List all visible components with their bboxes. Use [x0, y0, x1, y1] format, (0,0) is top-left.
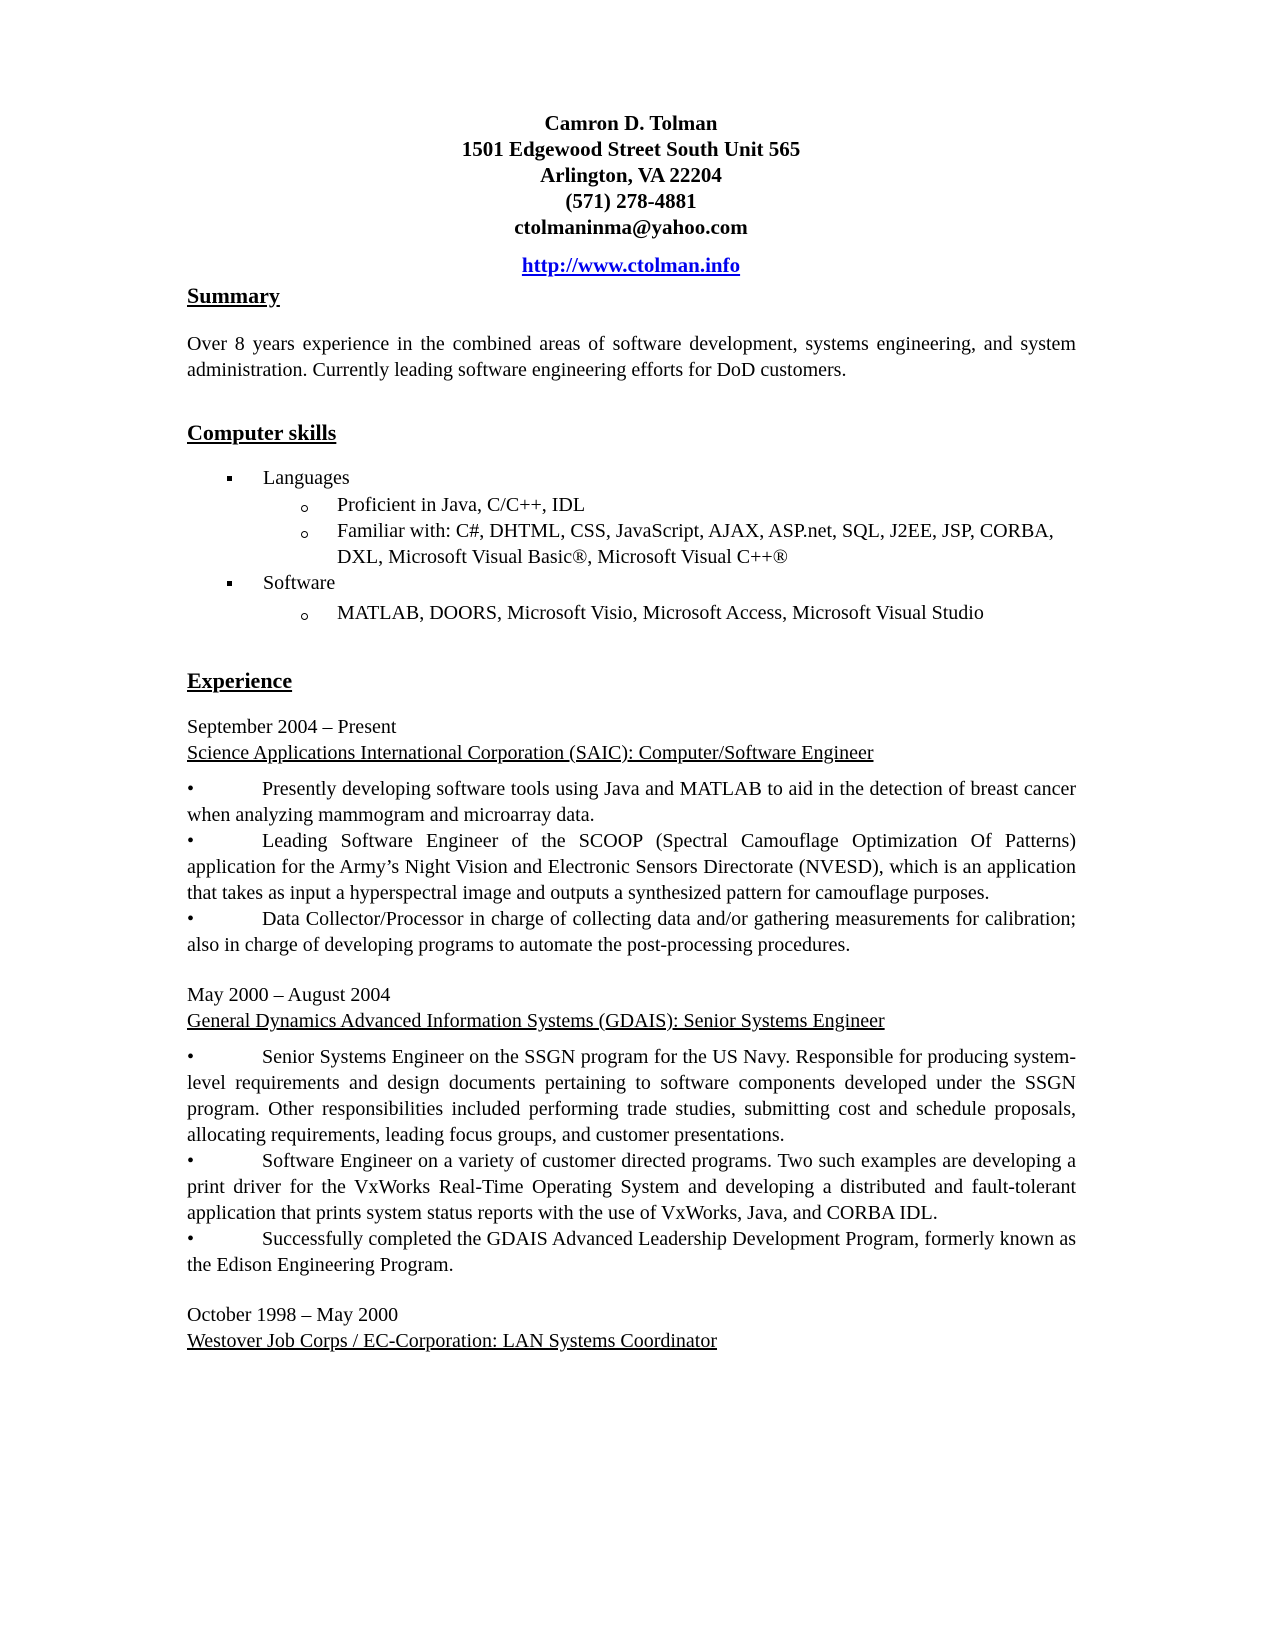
skill-sublist: MATLAB, DOORS, Microsoft Visio, Microsof…	[263, 600, 1076, 626]
square-bullet-icon	[227, 581, 232, 586]
job-dates: October 1998 – May 2000	[187, 1302, 1076, 1328]
experience-heading: Experience	[187, 668, 1076, 694]
job-entry: May 2000 – August 2004 General Dynamics …	[187, 982, 1076, 1278]
email-address: ctolmaninma@yahoo.com	[0, 214, 1262, 240]
summary-text: Over 8 years experience in the combined …	[187, 331, 1076, 383]
job-entry: October 1998 – May 2000 Westover Job Cor…	[187, 1302, 1076, 1354]
skill-item: MATLAB, DOORS, Microsoft Visio, Microsof…	[187, 600, 1076, 626]
job-bullets: •Presently developing software tools usi…	[187, 776, 1076, 958]
job-title: General Dynamics Advanced Information Sy…	[187, 1008, 1076, 1034]
experience-section: Experience September 2004 – Present Scie…	[187, 668, 1076, 1354]
bullet-icon: •	[187, 1226, 194, 1252]
skill-category-label: Languages	[263, 467, 350, 489]
skills-list: Languages Proficient in Java, C/C++, IDL…	[187, 465, 1076, 626]
job-title: Westover Job Corps / EC-Corporation: LAN…	[187, 1328, 1076, 1354]
skills-heading: Computer skills	[187, 420, 1076, 446]
job-dates: September 2004 – Present	[187, 714, 1076, 740]
bullet-icon: •	[187, 1044, 194, 1070]
candidate-name: Camron D. Tolman	[0, 110, 1262, 136]
job-bullet: •Software Engineer on a variety of custo…	[187, 1148, 1076, 1226]
job-bullet: •Senior Systems Engineer on the SSGN pro…	[187, 1044, 1076, 1148]
job-bullet: •Successfully completed the GDAIS Advanc…	[187, 1226, 1076, 1278]
skill-item: Familiar with: C#, DHTML, CSS, JavaScrip…	[187, 518, 1076, 570]
bullet-icon: •	[187, 1148, 194, 1174]
bullet-icon: •	[187, 828, 194, 854]
circle-bullet-icon	[301, 505, 308, 512]
circle-bullet-icon	[301, 531, 308, 538]
bullet-icon: •	[187, 776, 194, 802]
phone-number: (571) 278-4881	[0, 188, 1262, 214]
job-bullet: •Presently developing software tools usi…	[187, 776, 1076, 828]
job-bullet: •Leading Software Engineer of the SCOOP …	[187, 828, 1076, 906]
address-line-1: 1501 Edgewood Street South Unit 565	[0, 136, 1262, 162]
skill-category-software: Software MATLAB, DOORS, Microsoft Visio,…	[187, 570, 1076, 626]
job-dates: May 2000 – August 2004	[187, 982, 1076, 1008]
circle-bullet-icon	[301, 613, 308, 620]
skill-sublist: Proficient in Java, C/C++, IDL Familiar …	[263, 492, 1076, 570]
square-bullet-icon	[227, 476, 232, 481]
resume-page: Camron D. Tolman 1501 Edgewood Street So…	[0, 0, 1275, 1650]
address-line-2: Arlington, VA 22204	[0, 162, 1262, 188]
job-bullet: •Data Collector/Processor in charge of c…	[187, 906, 1076, 958]
job-entry: September 2004 – Present Science Applica…	[187, 714, 1076, 958]
bullet-icon: •	[187, 906, 194, 932]
skills-section: Computer skills Languages Proficient in …	[187, 420, 1076, 626]
website-link[interactable]: http://www.ctolman.info	[0, 252, 1262, 278]
skill-category-label: Software	[263, 572, 335, 594]
summary-section: Summary Over 8 years experience in the c…	[187, 283, 1076, 383]
skill-item: Proficient in Java, C/C++, IDL	[187, 492, 1076, 518]
summary-heading: Summary	[187, 283, 1076, 309]
contact-header: Camron D. Tolman 1501 Edgewood Street So…	[0, 110, 1262, 278]
job-bullets: •Senior Systems Engineer on the SSGN pro…	[187, 1044, 1076, 1278]
job-title: Science Applications International Corpo…	[187, 740, 1076, 766]
skill-category-languages: Languages Proficient in Java, C/C++, IDL…	[187, 465, 1076, 570]
